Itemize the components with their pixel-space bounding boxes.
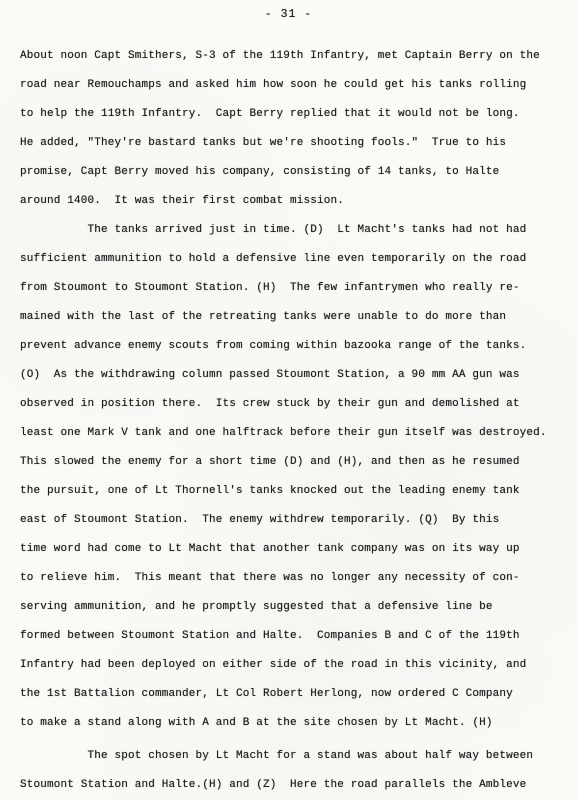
text-line: around 1400. It was their first combat m… (20, 187, 567, 216)
text-line: The tanks arrived just in time. (D) Lt M… (20, 216, 567, 245)
text-line: to relieve him. This meant that there wa… (20, 564, 567, 593)
text-line: (O) As the withdrawing column passed Sto… (20, 361, 567, 390)
text-line: least one Mark V tank and one halftrack … (20, 419, 567, 448)
text-line: serving ammunition, and he promptly sugg… (20, 593, 567, 622)
text-line: The spot chosen by Lt Macht for a stand … (20, 742, 567, 771)
text-line: About noon Capt Smithers, S-3 of the 119… (20, 42, 567, 71)
text-line: Infantry had been deployed on either sid… (20, 651, 567, 680)
text-line: He added, "They're bastard tanks but we'… (20, 129, 567, 158)
text-line: Stoumont Station and Halte.(H) and (Z) H… (20, 771, 567, 800)
document-page: - 31 - About noon Capt Smithers, S-3 of … (0, 0, 577, 800)
document-body: About noon Capt Smithers, S-3 of the 119… (0, 42, 577, 800)
text-line: mained with the last of the retreating t… (20, 303, 567, 332)
text-line: the 1st Battalion commander, Lt Col Robe… (20, 680, 567, 709)
text-line: promise, Capt Berry moved his company, c… (20, 158, 567, 187)
text-line: east of Stoumont Station. The enemy with… (20, 506, 567, 535)
text-line: from Stoumont to Stoumont Station. (H) T… (20, 274, 567, 303)
text-line: to help the 119th Infantry. Capt Berry r… (20, 100, 567, 129)
text-line: This slowed the enemy for a short time (… (20, 448, 567, 477)
text-line: road near Remouchamps and asked him how … (20, 71, 567, 100)
text-line: sufficient ammunition to hold a defensiv… (20, 245, 567, 274)
page-number: - 31 - (0, 8, 577, 21)
text-line: the pursuit, one of Lt Thornell's tanks … (20, 477, 567, 506)
text-line: observed in position there. Its crew stu… (20, 390, 567, 419)
text-line: formed between Stoumont Station and Halt… (20, 622, 567, 651)
text-line: prevent advance enemy scouts from coming… (20, 332, 567, 361)
text-line: time word had come to Lt Macht that anot… (20, 535, 567, 564)
text-line: to make a stand along with A and B at th… (20, 709, 567, 738)
